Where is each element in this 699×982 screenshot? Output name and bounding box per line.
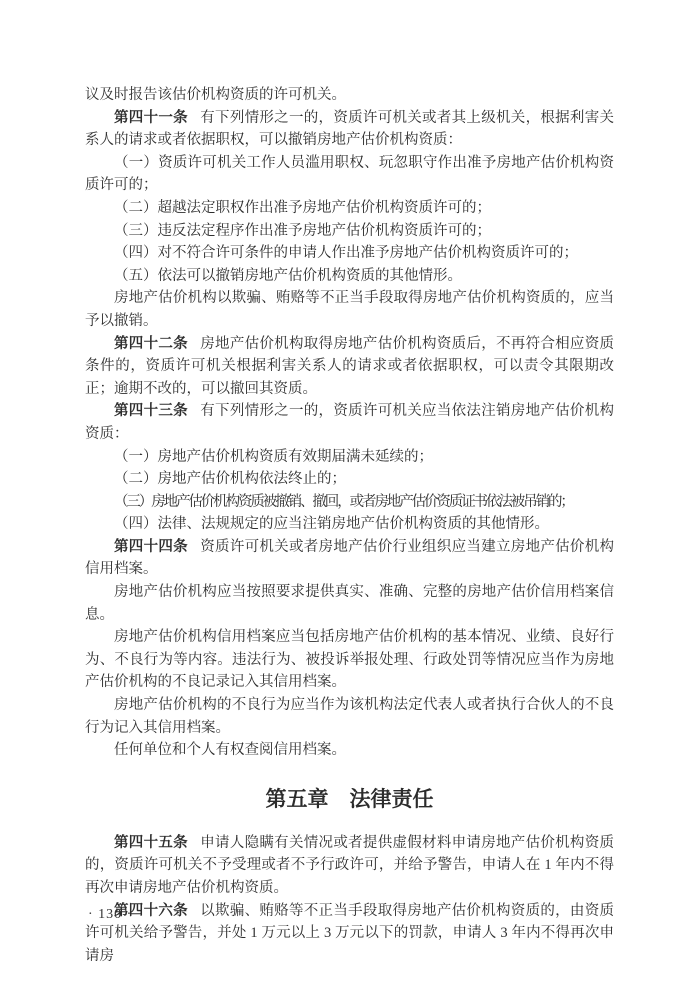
article-number-label: 第四十二条 — [114, 336, 188, 352]
body-paragraph: 房地产估价机构信用档案应当包括房地产估价机构的基本情况、业绩、良好行为、不良行为… — [85, 626, 614, 694]
article-number-label: 第四十三条 — [114, 403, 188, 419]
article-43-paragraph: 第四十三条有下列情形之一的，资质许可机关应当依法注销房地产估价机构资质： — [85, 400, 614, 445]
body-paragraph: 任何单位和个人有权查阅信用档案。 — [85, 739, 614, 762]
article-42-paragraph: 第四十二条房地产估价机构取得房地产估价机构资质后，不再符合相应资质条件的，资质许… — [85, 333, 614, 401]
article-44-paragraph: 第四十四条资质许可机关或者房地产估价行业组织应当建立房地产估价机构信用档案。 — [85, 536, 614, 581]
article-number-label: 第四十四条 — [114, 539, 188, 555]
list-item-paragraph: （四）法律、法规规定的应当注销房地产估价机构资质的其他情形。 — [85, 513, 614, 536]
chapter-number: 第五章 — [266, 788, 329, 811]
list-item-paragraph: （三）房地产估价机构资质被撤销、撤回，或者房地产估价资质证书依法被吊销的； — [85, 491, 614, 514]
list-item-paragraph: （三）违反法定程序作出准予房地产估价机构资质许可的； — [85, 220, 614, 243]
body-paragraph: 房地产估价机构应当按照要求提供真实、准确、完整的房地产估价信用档案信息。 — [85, 581, 614, 626]
list-item-paragraph: （一）房地产估价机构资质有效期届满未延续的； — [85, 446, 614, 469]
article-41-paragraph: 第四十一条有下列情形之一的，资质许可机关或者其上级机关，根据利害关系人的请求或者… — [85, 107, 614, 152]
list-item-paragraph: （一）资质许可机关工作人员滥用职权、玩忽职守作出准予房地产估价机构资质许可的； — [85, 152, 614, 197]
list-item-paragraph: （二）房地产估价机构依法终止的； — [85, 468, 614, 491]
list-item-paragraph: （五）依法可以撤销房地产估价机构资质的其他情形。 — [85, 265, 614, 288]
body-paragraph: 房地产估价机构的不良行为应当作为该机构法定代表人或者执行合伙人的不良行为记入其信… — [85, 694, 614, 739]
continuation-paragraph: 议及时报告该估价机构资质的许可机关。 — [85, 84, 614, 107]
document-page: 议及时报告该估价机构资质的许可机关。 第四十一条有下列情形之一的，资质许可机关或… — [0, 0, 699, 982]
article-45-paragraph: 第四十五条申请人隐瞒有关情况或者提供虚假材料申请房地产估价机构资质的，资质许可机… — [85, 832, 614, 900]
article-46-paragraph: 第四十六条以欺骗、贿赂等不正当手段取得房地产估价机构资质的，由资质许可机关给予警… — [85, 900, 614, 968]
list-item-paragraph: （二）超越法定职权作出准予房地产估价机构资质许可的； — [85, 197, 614, 220]
list-item-paragraph: （四）对不符合许可条件的申请人作出准予房地产估价机构资质许可的； — [85, 242, 614, 265]
chapter-heading: 第五章法律责任 — [85, 785, 614, 815]
chapter-title: 法律责任 — [350, 788, 434, 811]
page-number: · 130 · — [88, 905, 132, 925]
article-number-label: 第四十一条 — [114, 110, 188, 126]
article-number-label: 第四十五条 — [114, 835, 188, 851]
body-paragraph: 房地产估价机构以欺骗、贿赂等不正当手段取得房地产估价机构资质的，应当予以撤销。 — [85, 287, 614, 332]
page-body: 议及时报告该估价机构资质的许可机关。 第四十一条有下列情形之一的，资质许可机关或… — [85, 84, 614, 967]
